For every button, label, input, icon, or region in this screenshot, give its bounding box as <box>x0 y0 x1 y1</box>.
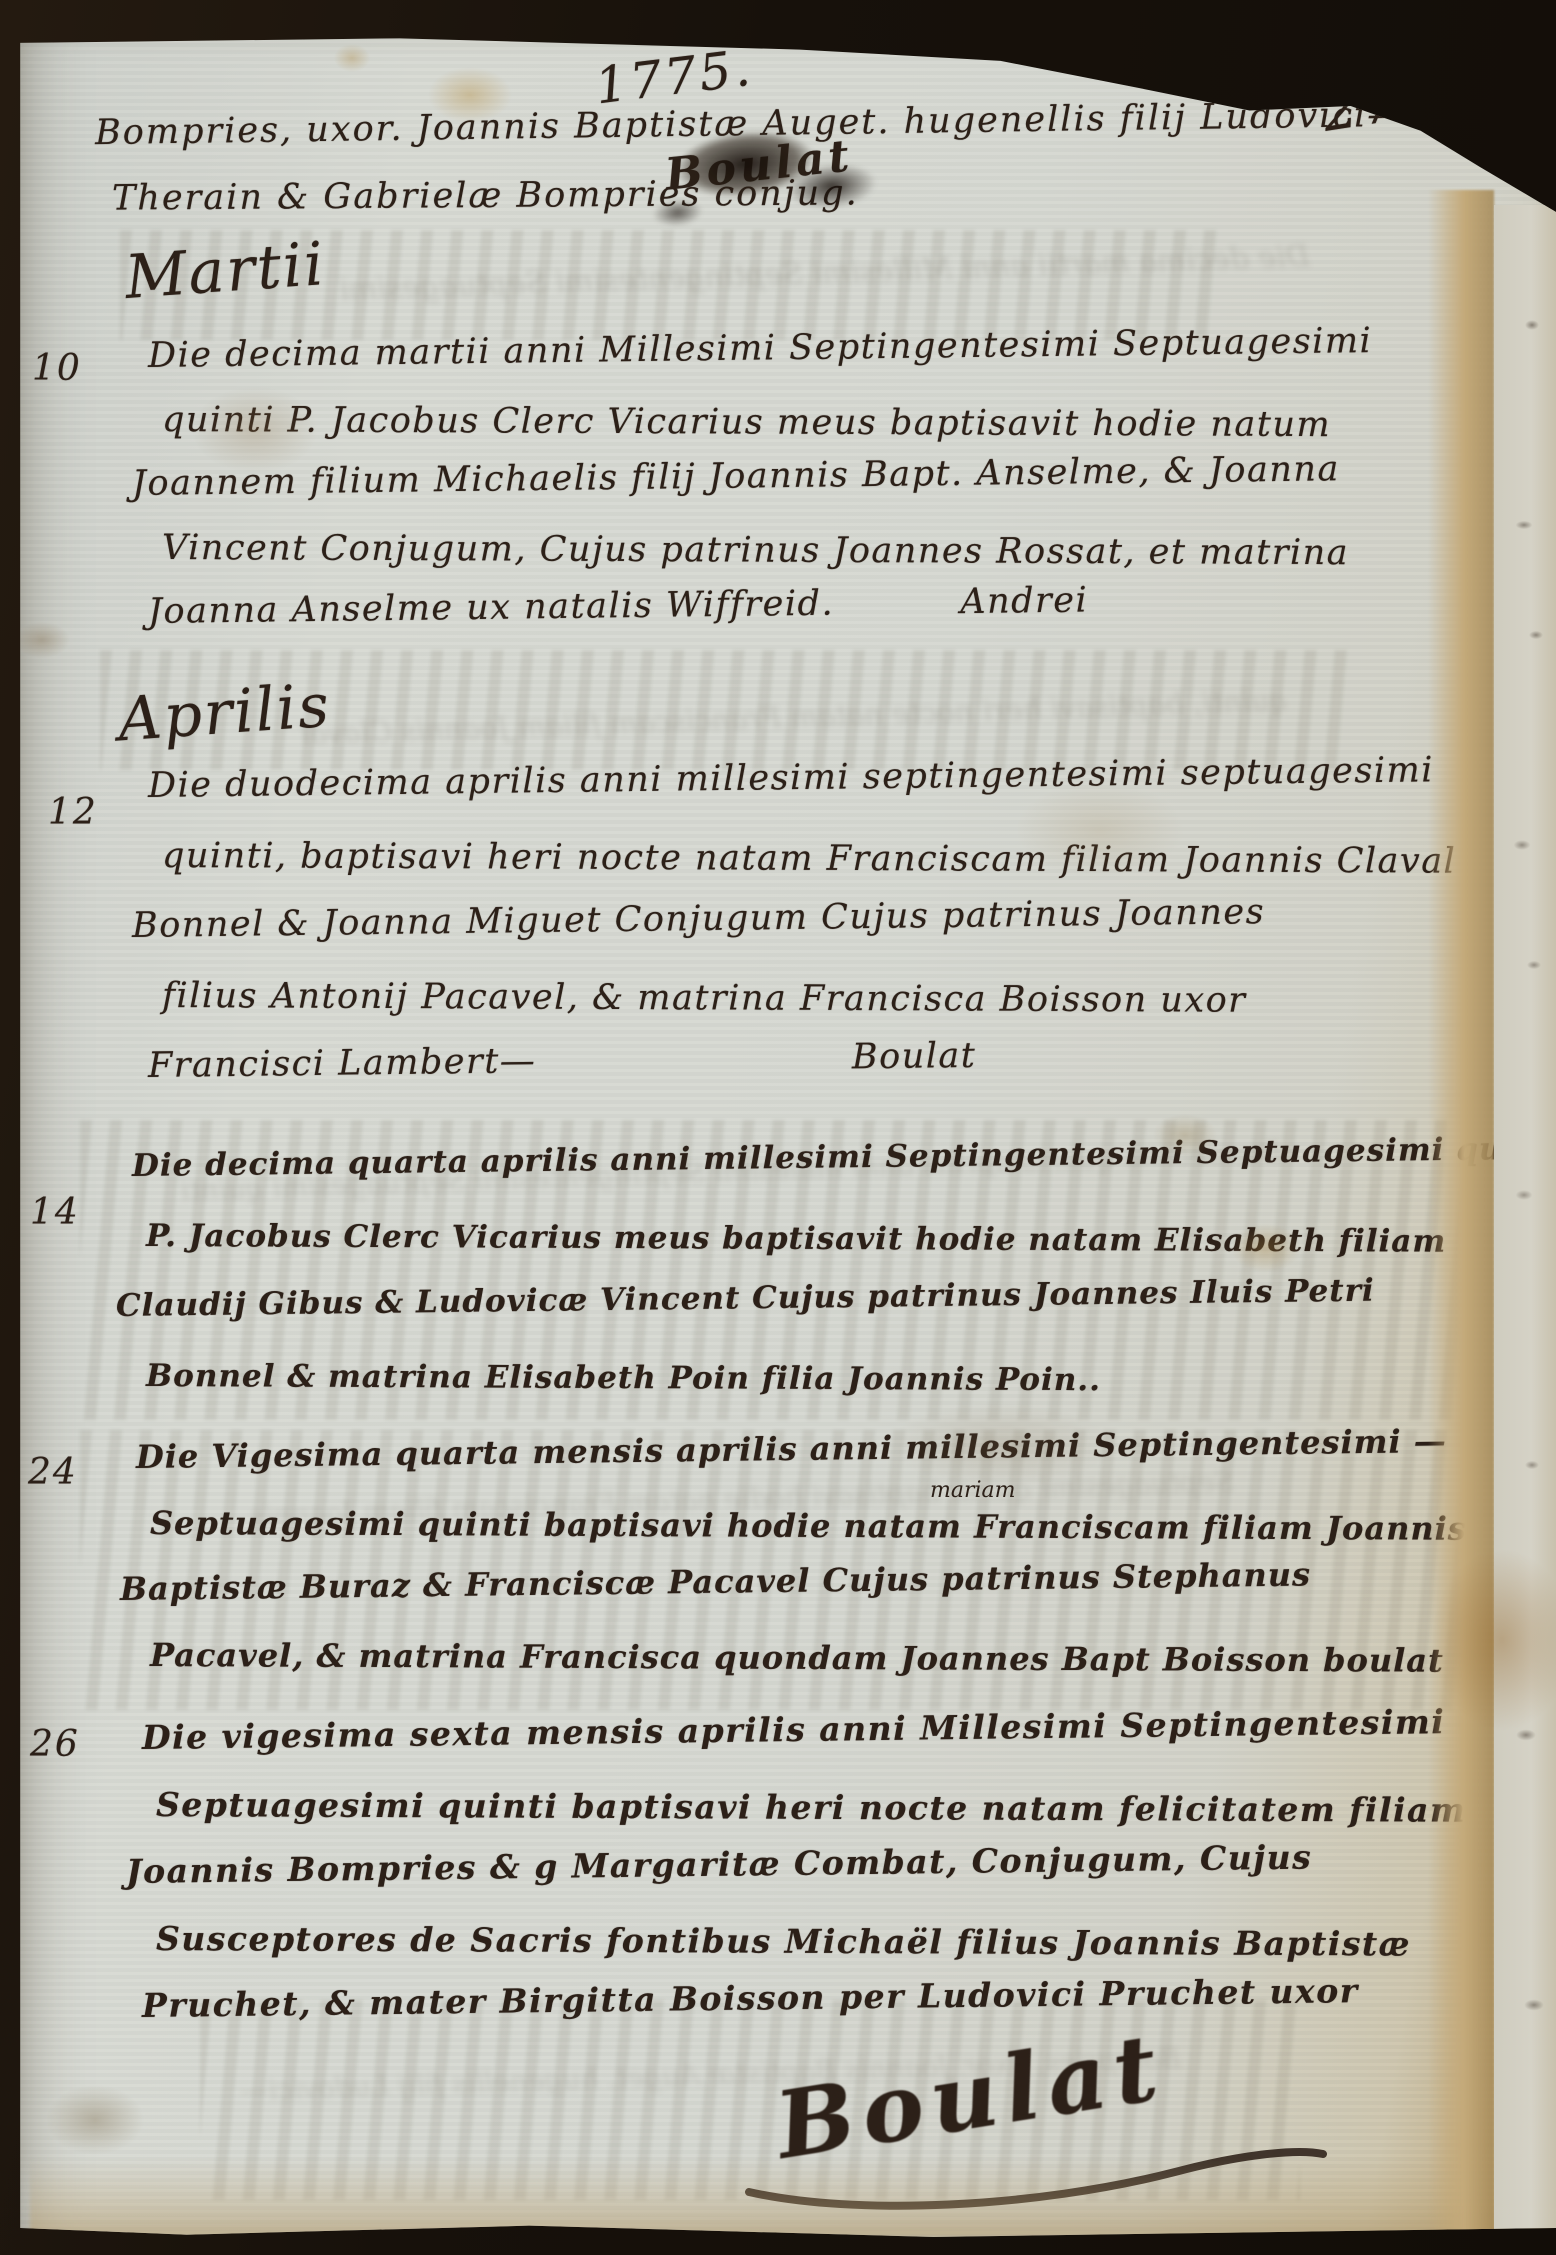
entry-line: filius Antonij Pacavel, & matrina Franci… <box>162 976 1456 1022</box>
entry-line: Die decima martii anni Millesimi Septing… <box>148 321 1373 376</box>
entry-day-number: 24 <box>28 1452 78 1493</box>
entry-line: Septuagesimi quinti baptisavi hodie nata… <box>150 1504 1467 1548</box>
baptism-entry: Die Vigesima quarta mensis aprilis anni … <box>136 1438 1467 1702</box>
month-heading-martii: Martii <box>123 229 328 313</box>
entry-line: Francisci Lambert— Boulat <box>148 1030 1457 1086</box>
bleedthrough-text: quinti, baptisavi heri nocte natam Franc… <box>300 683 1289 751</box>
next-page-sliver <box>1494 205 1556 2233</box>
entry-line: quinti P. Jacobus Clerc Vicarius meus ba… <box>162 400 1373 445</box>
deckle-edge <box>1428 190 1494 2235</box>
bottom-page-edge <box>30 2157 1496 2237</box>
entry-line: Vincent Conjugum, Cujus patrinus Joannes… <box>162 528 1373 573</box>
baptism-entry: Die decima martii anni Millesimi Septing… <box>148 336 1372 656</box>
entry-line: P. Jacobus Clerc Vicarius meus baptisavi… <box>146 1218 1556 1260</box>
bleedthrough-text: Die decima martii anni Millesimi Septing… <box>210 239 1311 312</box>
entry-line: Die vigesima sexta mensis aprilis anni M… <box>142 1702 1467 1757</box>
baptism-entry: Die vigesima sexta mensis aprilis anni M… <box>142 1718 1466 2053</box>
entry-line: Pacavel, & matrina Francisca quondam Joa… <box>150 1636 1467 1680</box>
entry-day-number: 10 <box>32 348 82 389</box>
entry-line: Joannis Bompries & g Margaritæ Combat, C… <box>126 1836 1467 1891</box>
entry-line: Septuagesimi quinti baptisavi heri nocte… <box>156 1785 1467 1830</box>
paper-sheet: Die decima martii anni Millesimi Septing… <box>0 0 1556 2255</box>
entry-day-number: 14 <box>30 1192 80 1233</box>
entry-line: Die decima quarta aprilis anni millesimi… <box>132 1130 1556 1184</box>
entry-line: Die duodecima aprilis anni millesimi sep… <box>148 750 1457 806</box>
entry-line: Bonnel & Joanna Miguet Conjugum Cujus pa… <box>132 890 1457 946</box>
entry-line: Bonnel & matrina Elisabeth Poin filia Jo… <box>146 1358 1556 1400</box>
entry-line: Baptistæ Buraz & Franciscæ Pacavel Cujus… <box>120 1554 1467 1608</box>
baptism-entry: Die decima quarta aprilis anni millesimi… <box>132 1148 1556 1428</box>
entry-line: Susceptores de Sacris fontibus Michaël f… <box>156 1919 1467 1964</box>
register-scan: Die decima martii anni Millesimi Septing… <box>0 0 1556 2255</box>
entry-line: Claudij Gibus & Ludovicæ Vincent Cujus p… <box>116 1270 1556 1324</box>
entry-day-number: 12 <box>48 792 98 833</box>
entry-line: Joannem filium Michaelis filij Joannis B… <box>132 449 1373 504</box>
baptism-entry: Die duodecima aprilis anni millesimi sep… <box>148 766 1456 1116</box>
entry-line: Joanna Anselme ux natalis Wiffreid. Andr… <box>148 577 1373 632</box>
entry-line: Die Vigesima quarta mensis aprilis anni … <box>136 1422 1467 1476</box>
entry-line: quinti, baptisavi heri nocte natam Franc… <box>162 836 1456 882</box>
entry-day-number: 26 <box>30 1724 80 1765</box>
entry-line: Pruchet, & mater Birgitta Boisson per Lu… <box>142 1970 1467 2025</box>
interlinear-insertion: mariam <box>930 1478 1016 1503</box>
month-heading-aprilis: Aprilis <box>116 671 333 756</box>
